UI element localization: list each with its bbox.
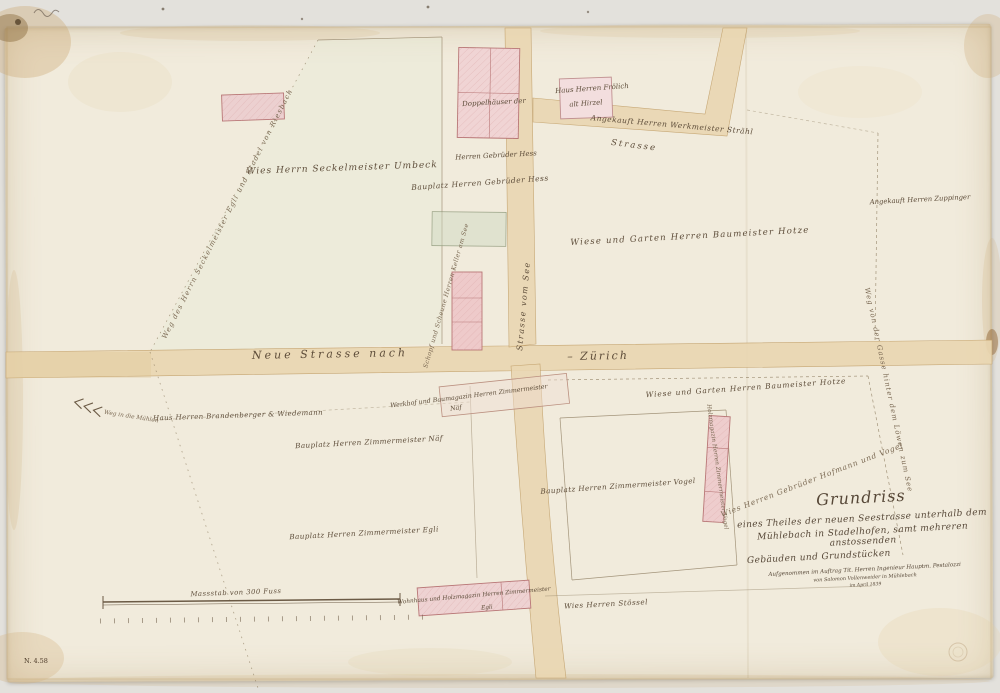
label-wohnhaus-egli-line2: Egli bbox=[481, 606, 493, 613]
parcel-wies-seckelmeister bbox=[150, 37, 442, 352]
scale-ticks bbox=[100, 617, 432, 621]
footpath-lower bbox=[150, 352, 258, 688]
label-neue-strasse-right: – Zürich bbox=[567, 350, 629, 362]
path-arrows bbox=[73, 397, 103, 417]
archive-corner-mark: N. 4.58 bbox=[24, 658, 48, 665]
building-doppelhaus-hess bbox=[457, 47, 520, 138]
label-neue-strasse-left: Neue Strasse nach bbox=[252, 347, 408, 361]
title-block: Grundriss eines Theiles der neuen Seestr… bbox=[730, 481, 997, 595]
building-scheune-strip bbox=[452, 272, 482, 350]
road-lower-seestrasse bbox=[511, 364, 566, 678]
scanned-map-sheet: Wies Herrn Seckelmeister Umbeck Bauplatz… bbox=[0, 0, 1000, 693]
scale-bar bbox=[100, 593, 432, 621]
